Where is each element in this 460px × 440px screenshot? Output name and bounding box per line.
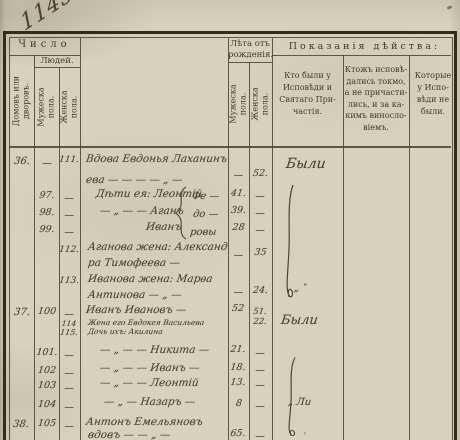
female-age: — — [251, 380, 268, 391]
header-age-female-label: Женска пола. — [250, 64, 271, 144]
person-name: Антонъ Емельяновъ — [85, 416, 203, 428]
male-age: 41. — [228, 188, 248, 199]
female-age: 22. — [250, 317, 269, 327]
person-name: — „ — — Леонтій — [99, 377, 199, 389]
female-count: 112. — [57, 245, 80, 255]
header-age-female-column: Женска пола. — [249, 62, 272, 146]
header-confessed-only-cell: Ктожъ исповѣ- дались токмо, а не причаст… — [344, 64, 408, 134]
confession-brace-icon — [285, 356, 297, 440]
male-count: — — [36, 158, 57, 169]
person-name: — „ — Назаръ — — [103, 396, 196, 408]
male-age: 18. — [227, 362, 248, 373]
scanned-page: 11456 Число Людей. Домовъ или дворовъ. М… — [0, 0, 460, 440]
header-female-count-label: Женска пола. — [59, 68, 80, 145]
header-male-count-column: Мужеска пола. — [34, 67, 59, 146]
male-count: 99. — [36, 224, 57, 235]
family-brace-icon — [174, 186, 188, 240]
person-name: Иванъ Ивановъ — — [85, 304, 187, 316]
header-age-title: Лѣта отъ рожденія. — [228, 39, 272, 62]
person-name: Антинова — „ — — [87, 289, 182, 301]
male-age: — — [228, 250, 248, 261]
house-number: 36. — [10, 156, 33, 167]
male-count: 103 — [35, 380, 58, 391]
male-count: 105 — [35, 418, 58, 429]
person-name: — „ — — Аганъ — [99, 205, 184, 217]
person-name-small: Дочь ихъ: Акилина — [87, 327, 163, 336]
header-age-male-label: Мужеска пола. — [228, 64, 249, 144]
confession-ditto-mark: „ ‶ — [293, 283, 306, 294]
male-age: 39. — [228, 205, 248, 216]
header-households-column: Домовъ или дворовъ. — [9, 57, 34, 145]
female-count: — — [59, 402, 78, 413]
male-count: 97. — [36, 190, 57, 201]
person-name-small: Жена его Евдокея Васильева — [87, 318, 204, 327]
grid-line — [272, 55, 451, 56]
male-age: 65. — [227, 428, 248, 439]
surname-part: Фе — — [191, 191, 220, 202]
confession-note: Были — [285, 156, 327, 172]
female-count: 114 — [59, 319, 78, 328]
surname-part: до — — [192, 209, 219, 220]
person-name: — „ — — Иванъ — — [99, 362, 200, 374]
person-name: Иванова жена: Марѳа — [87, 273, 213, 285]
surname-part: ровы — [189, 227, 217, 238]
female-age: — — [251, 348, 268, 359]
male-count: 98. — [36, 207, 57, 218]
female-count: 113. — [57, 276, 80, 286]
female-age: — — [251, 208, 268, 219]
female-count: — — [59, 383, 78, 394]
header-absent-cell: Которые у Испо- вѣди не были. — [410, 70, 456, 118]
female-count: — — [59, 210, 78, 221]
female-count: — — [59, 193, 78, 204]
male-count: 104 — [35, 399, 58, 410]
male-age: 52 — [227, 303, 248, 314]
female-count: — — [59, 368, 78, 379]
female-age: — — [251, 365, 268, 376]
header-people: Людей. — [34, 56, 80, 66]
female-age: 35 — [249, 247, 271, 258]
male-age: — — [228, 170, 248, 181]
person-name: ева — — — — „ — — [85, 174, 183, 186]
person-name: ра Тимофеева — — [87, 257, 180, 269]
female-age: — — [251, 191, 268, 202]
female-count: — — [59, 227, 78, 238]
header-female-count-column: Женска пола. — [59, 67, 80, 146]
header-age-male-column: Мужеска пола. — [228, 62, 249, 146]
male-count: 101. — [35, 347, 58, 358]
female-count: 111. — [57, 155, 80, 165]
header-male-count-label: Мужеска пола. — [36, 68, 57, 145]
header-actions-title: Показанія дѣйства: — [272, 41, 457, 52]
grid-line — [9, 146, 451, 148]
male-age: — — [228, 287, 248, 298]
header-confessed-cell: Кто были у Исповѣди и Святаго При- часті… — [274, 70, 341, 118]
female-age: 24. — [249, 285, 271, 296]
person-name: Аганова жена: Александ — [87, 241, 228, 253]
male-age: 28 — [228, 222, 248, 233]
female-age: — — [251, 225, 268, 236]
male-count: 100 — [35, 306, 58, 317]
confession-note: Были — [280, 313, 319, 328]
person-name: вдовъ — — „ — — [87, 429, 171, 440]
grid-line — [272, 38, 273, 440]
header-number: Число — [9, 39, 80, 50]
female-count: — — [59, 350, 78, 361]
male-count: 102 — [35, 365, 58, 376]
ink-speck — [447, 5, 453, 10]
female-count: 115. — [58, 328, 79, 337]
header-households-label: Домовъ или дворовъ. — [11, 58, 32, 144]
person-name: Вдова Евдонья Лаханинъ — [85, 153, 227, 165]
house-number: 37. — [10, 307, 33, 318]
house-number: 38. — [9, 419, 32, 430]
female-age: 51. — [250, 307, 269, 317]
male-age: 21. — [227, 344, 248, 355]
person-name: — „ — — Никита — — [99, 344, 210, 356]
confession-brace-icon — [283, 183, 295, 303]
male-age: 13. — [227, 377, 248, 388]
female-age: — — [251, 431, 268, 440]
female-age: 52. — [249, 168, 271, 179]
female-age: — — [251, 401, 268, 412]
female-count: — — [59, 421, 78, 432]
male-age: 8 — [229, 398, 248, 409]
